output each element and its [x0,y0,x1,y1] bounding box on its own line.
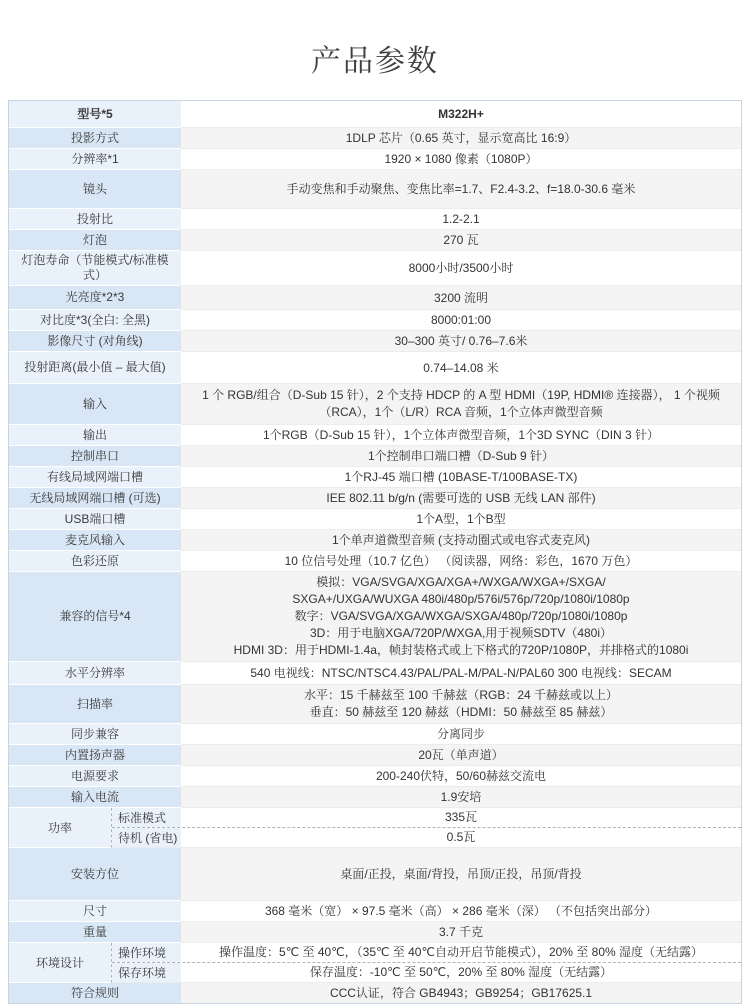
spec-value: 桌面/正投，桌面/背投，吊顶/正投，吊顶/背投 [181,848,741,901]
spec-value: 30–300 英寸/ 0.76–7.6米 [181,331,741,352]
spec-label: 灯泡寿命（节能模式/标准模式） [9,251,181,286]
spec-label: 型号*5 [9,101,181,128]
spec-label: 影像尺寸 (对角线) [9,331,181,352]
row-environment: 环境设计 操作环境 操作温度：5℃ 至 40℃，（35℃ 至 40℃自动开启节能… [9,943,741,983]
row-scan-rate: 扫描率 水平：15 千赫兹至 100 千赫兹（RGB：24 千赫兹或以上） 垂直… [9,685,741,724]
spec-value: 1个A型，1个B型 [181,509,741,530]
spec-label: 安装方位 [9,848,181,901]
row-power-requirements: 电源要求 200-240伏特，50/60赫兹交流电 [9,766,741,787]
spec-value-line: SXGA+/UXGA/WUXGA 480i/480p/576i/576p/720… [292,591,629,608]
spec-value: 3.7 千克 [181,922,741,943]
spec-label: 投射比 [9,209,181,230]
spec-table: 型号*5 M322H+ 投影方式 1DLP 芯片（0.65 英寸，显示宽高比 1… [8,100,742,1004]
spec-value: IEE 802.11 b/g/n (需要可选的 USB 无线 LAN 部件) [181,488,741,509]
spec-label: 麦克风输入 [9,530,181,551]
sub-row-storage-environment: 保存环境 保存温度：-10℃ 至 50℃，20% 至 80% 湿度（无结露） [112,962,741,982]
spec-label: 对比度*3(全白: 全黑) [9,310,181,331]
spec-value: 20瓦（单声道） [181,745,741,766]
spec-sub-label: 待机 (省电) [112,828,181,847]
row-input-current: 输入电流 1.9安培 [9,787,741,808]
row-image-size: 影像尺寸 (对角线) 30–300 英寸/ 0.76–7.6米 [9,331,741,352]
row-sync: 同步兼容 分离同步 [9,724,741,745]
spec-label: 镜头 [9,170,181,209]
sub-row-operating-environment: 操作环境 操作温度：5℃ 至 40℃，（35℃ 至 40℃自动开启节能模式），2… [112,943,741,962]
row-wireless-lan: 无线局域网端口槽 (可选) IEE 802.11 b/g/n (需要可选的 US… [9,488,741,509]
row-dimensions: 尺寸 368 毫米（宽） × 97.5 毫米（高） × 286 毫米（深） （不… [9,901,741,922]
row-horizontal-resolution: 水平分辨率 540 电视线：NTSC/NTSC4.43/PAL/PAL-M/PA… [9,662,741,685]
spec-value: 8000:01:00 [181,310,741,331]
spec-value: 10 位信号处理（10.7 亿色） （阅读器，网络：彩色，1670 万色） [181,551,741,572]
row-mounting: 安装方位 桌面/正投，桌面/背投，吊顶/正投，吊顶/背投 [9,848,741,901]
spec-value: 操作温度：5℃ 至 40℃，（35℃ 至 40℃自动开启节能模式），20% 至 … [181,943,741,962]
spec-label: 灯泡 [9,230,181,251]
row-power-consumption: 功率 标准模式 335瓦 待机 (省电) 0.5瓦 [9,808,741,848]
spec-value: 1个控制串口端口槽（D-Sub 9 针） [181,446,741,467]
spec-value: 1个RGB（D-Sub 15 针），1个立体声微型音频，1个3D SYNC（DI… [181,425,741,446]
spec-label: USB端口槽 [9,509,181,530]
spec-label: 光亮度*2*3 [9,286,181,310]
row-usb: USB端口槽 1个A型，1个B型 [9,509,741,530]
row-compatible-signals: 兼容的信号*4 模拟：VGA/SVGA/XGA/XGA+/WXGA/WXGA+/… [9,572,741,662]
row-lamp: 灯泡 270 瓦 [9,230,741,251]
row-throw-distance: 投射距离(最小值 – 最大值) 0.74–14.08 米 [9,352,741,384]
sub-row-standard-mode: 标准模式 335瓦 [112,808,741,827]
spec-value: 8000小时/3500小时 [181,251,741,286]
spec-label: 有线局域网端口槽 [9,467,181,488]
spec-value-line: 垂直：50 赫兹至 120 赫兹（HDMI：50 赫兹至 85 赫兹） [310,704,613,721]
spec-value: CCC认证，符合 GB4943；GB9254；GB17625.1 [181,983,741,1003]
spec-sub-label: 操作环境 [112,943,181,962]
spec-label: 色彩还原 [9,551,181,572]
power-sub-rows: 标准模式 335瓦 待机 (省电) 0.5瓦 [111,808,741,848]
spec-value: 0.5瓦 [181,828,741,847]
row-wired-lan: 有线局域网端口槽 1个RJ-45 端口槽 (10BASE-T/100BASE-T… [9,467,741,488]
spec-value: 335瓦 [181,808,741,827]
spec-value: 分离同步 [181,724,741,745]
spec-value-line: 模拟：VGA/SVGA/XGA/XGA+/WXGA/WXGA+/SXGA/ [316,574,605,591]
spec-value-line: HDMI 3D：用于HDMI-1.4a，帧封装格式或上下格式的720P/1080… [234,642,689,659]
row-lens: 镜头 手动变焦和手动聚焦、变焦比率=1.7、F2.4-3.2、f=18.0-30… [9,170,741,209]
spec-label: 重量 [9,922,181,943]
row-lamp-life: 灯泡寿命（节能模式/标准模式） 8000小时/3500小时 [9,251,741,286]
spec-label: 投影方式 [9,128,181,149]
row-compliance: 符合规则 CCC认证，符合 GB4943；GB9254；GB17625.1 [9,983,741,1003]
spec-value: 1个RJ-45 端口槽 (10BASE-T/100BASE-TX) [181,467,741,488]
spec-value: 1920 × 1080 像素（1080P） [181,149,741,170]
spec-label: 输入 [9,384,181,425]
row-output: 输出 1个RGB（D-Sub 15 针），1个立体声微型音频，1个3D SYNC… [9,425,741,446]
spec-label: 同步兼容 [9,724,181,745]
spec-value: 368 毫米（宽） × 97.5 毫米（高） × 286 毫米（深） （不包括突… [181,901,741,922]
spec-label: 控制串口 [9,446,181,467]
spec-value: 保存温度：-10℃ 至 50℃，20% 至 80% 湿度（无结露） [181,963,741,982]
spec-label: 尺寸 [9,901,181,922]
spec-label: 符合规则 [9,983,181,1003]
spec-value: 1 个 RGB/组合（D-Sub 15 针），2 个支持 HDCP 的 A 型 … [181,384,741,425]
spec-value: 1.2-2.1 [181,209,741,230]
row-speaker: 内置扬声器 20瓦（单声道） [9,745,741,766]
spec-label: 功率 [9,808,111,848]
row-color-reproduction: 色彩还原 10 位信号处理（10.7 亿色） （阅读器，网络：彩色，1670 万… [9,551,741,572]
spec-value-line: 水平：15 千赫兹至 100 千赫兹（RGB：24 千赫兹或以上） [304,687,618,704]
spec-value-line: 数字：VGA/SVGA/XGA/WXGA/SXGA/480p/720p/1080… [295,608,628,625]
spec-value: 1DLP 芯片（0.65 英寸，显示宽高比 16:9） [181,128,741,149]
spec-value: 0.74–14.08 米 [181,352,741,384]
spec-value-line: 3D：用于电脑XGA/720P/WXGA,用于视频SDTV（480i） [310,625,612,642]
row-model: 型号*5 M322H+ [9,101,741,128]
row-mic-input: 麦克风输入 1个单声道微型音频 (支持动圈式或电容式麦克风) [9,530,741,551]
spec-value: 3200 流明 [181,286,741,310]
spec-value: 1个单声道微型音频 (支持动圈式或电容式麦克风) [181,530,741,551]
spec-value: 1.9安培 [181,787,741,808]
row-throw-ratio: 投射比 1.2-2.1 [9,209,741,230]
row-input: 输入 1 个 RGB/组合（D-Sub 15 针），2 个支持 HDCP 的 A… [9,384,741,425]
spec-value: 270 瓦 [181,230,741,251]
spec-label: 电源要求 [9,766,181,787]
spec-sub-label: 标准模式 [112,808,181,827]
row-projection-method: 投影方式 1DLP 芯片（0.65 英寸，显示宽高比 16:9） [9,128,741,149]
spec-label: 环境设计 [9,943,111,983]
spec-value: 水平：15 千赫兹至 100 千赫兹（RGB：24 千赫兹或以上） 垂直：50 … [181,685,741,724]
spec-label: 水平分辨率 [9,662,181,685]
spec-label: 内置扬声器 [9,745,181,766]
spec-label: 输入电流 [9,787,181,808]
spec-label: 输出 [9,425,181,446]
spec-label: 扫描率 [9,685,181,724]
spec-value: 手动变焦和手动聚焦、变焦比率=1.7、F2.4-3.2、f=18.0-30.6 … [181,170,741,209]
spec-value: 540 电视线：NTSC/NTSC4.43/PAL/PAL-M/PAL-N/PA… [181,662,741,685]
spec-label: 投射距离(最小值 – 最大值) [9,352,181,384]
spec-value: 200-240伏特，50/60赫兹交流电 [181,766,741,787]
spec-sub-label: 保存环境 [112,963,181,982]
environment-sub-rows: 操作环境 操作温度：5℃ 至 40℃，（35℃ 至 40℃自动开启节能模式），2… [111,943,741,983]
row-control-port: 控制串口 1个控制串口端口槽（D-Sub 9 针） [9,446,741,467]
spec-value: M322H+ [181,101,741,128]
row-brightness: 光亮度*2*3 3200 流明 [9,286,741,310]
spec-label: 分辨率*1 [9,149,181,170]
spec-label: 无线局域网端口槽 (可选) [9,488,181,509]
row-weight: 重量 3.7 千克 [9,922,741,943]
spec-value: 模拟：VGA/SVGA/XGA/XGA+/WXGA/WXGA+/SXGA/ SX… [181,572,741,662]
row-resolution: 分辨率*1 1920 × 1080 像素（1080P） [9,149,741,170]
page-title: 产品参数 [0,0,750,100]
sub-row-standby: 待机 (省电) 0.5瓦 [112,827,741,847]
row-contrast: 对比度*3(全白: 全黑) 8000:01:00 [9,310,741,331]
spec-label: 兼容的信号*4 [9,572,181,662]
